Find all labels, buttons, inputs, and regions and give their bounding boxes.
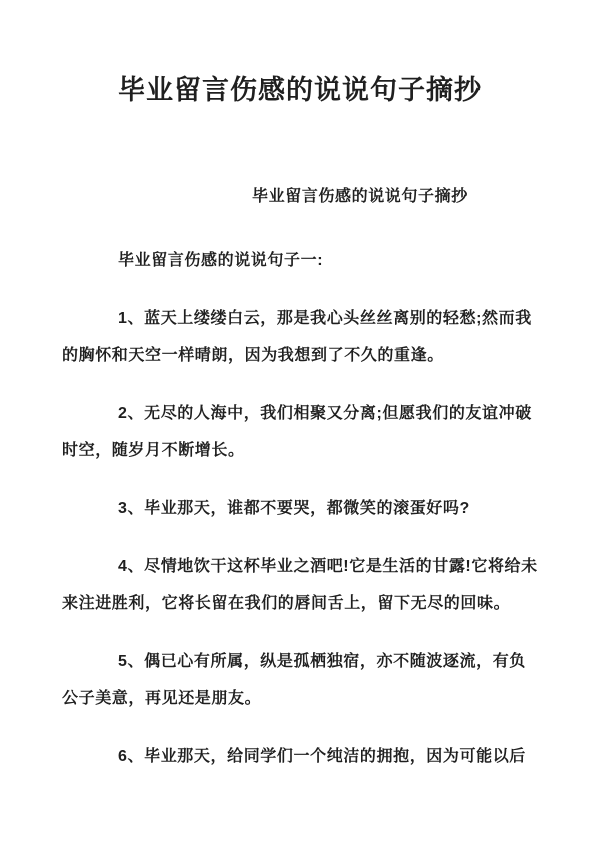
paragraph-5: 5、偶已心有所属，纵是孤栖独宿，亦不随波逐流，有负公子美意，再见还是朋友。 xyxy=(62,643,538,717)
document-page: 毕业留言伤感的说说句子摘抄 毕业留言伤感的说说句子摘抄 毕业留言伤感的说说句子一… xyxy=(0,0,600,848)
paragraph-3: 3、毕业那天，谁都不要哭，都微笑的滚蛋好吗? xyxy=(62,490,538,527)
paragraph-1: 1、蓝天上缕缕白云，那是我心头丝丝离别的轻愁;然而我的胸怀和天空一样晴朗，因为我… xyxy=(62,300,538,374)
section-heading: 毕业留言伤感的说说句子一: xyxy=(62,242,538,279)
document-title: 毕业留言伤感的说说句子摘抄 xyxy=(30,70,570,110)
paragraph-2: 2、无尽的人海中，我们相聚又分离;但愿我们的友谊冲破时空，随岁月不断增长。 xyxy=(62,395,538,469)
paragraph-4: 4、尽情地饮干这杯毕业之酒吧!它是生活的甘露!它将给未来注进胜利，它将长留在我们… xyxy=(62,548,538,622)
paragraph-6: 6、毕业那天，给同学们一个纯洁的拥抱，因为可能以后 xyxy=(62,738,538,775)
document-subtitle: 毕业留言伤感的说说句子摘抄 xyxy=(62,178,538,215)
